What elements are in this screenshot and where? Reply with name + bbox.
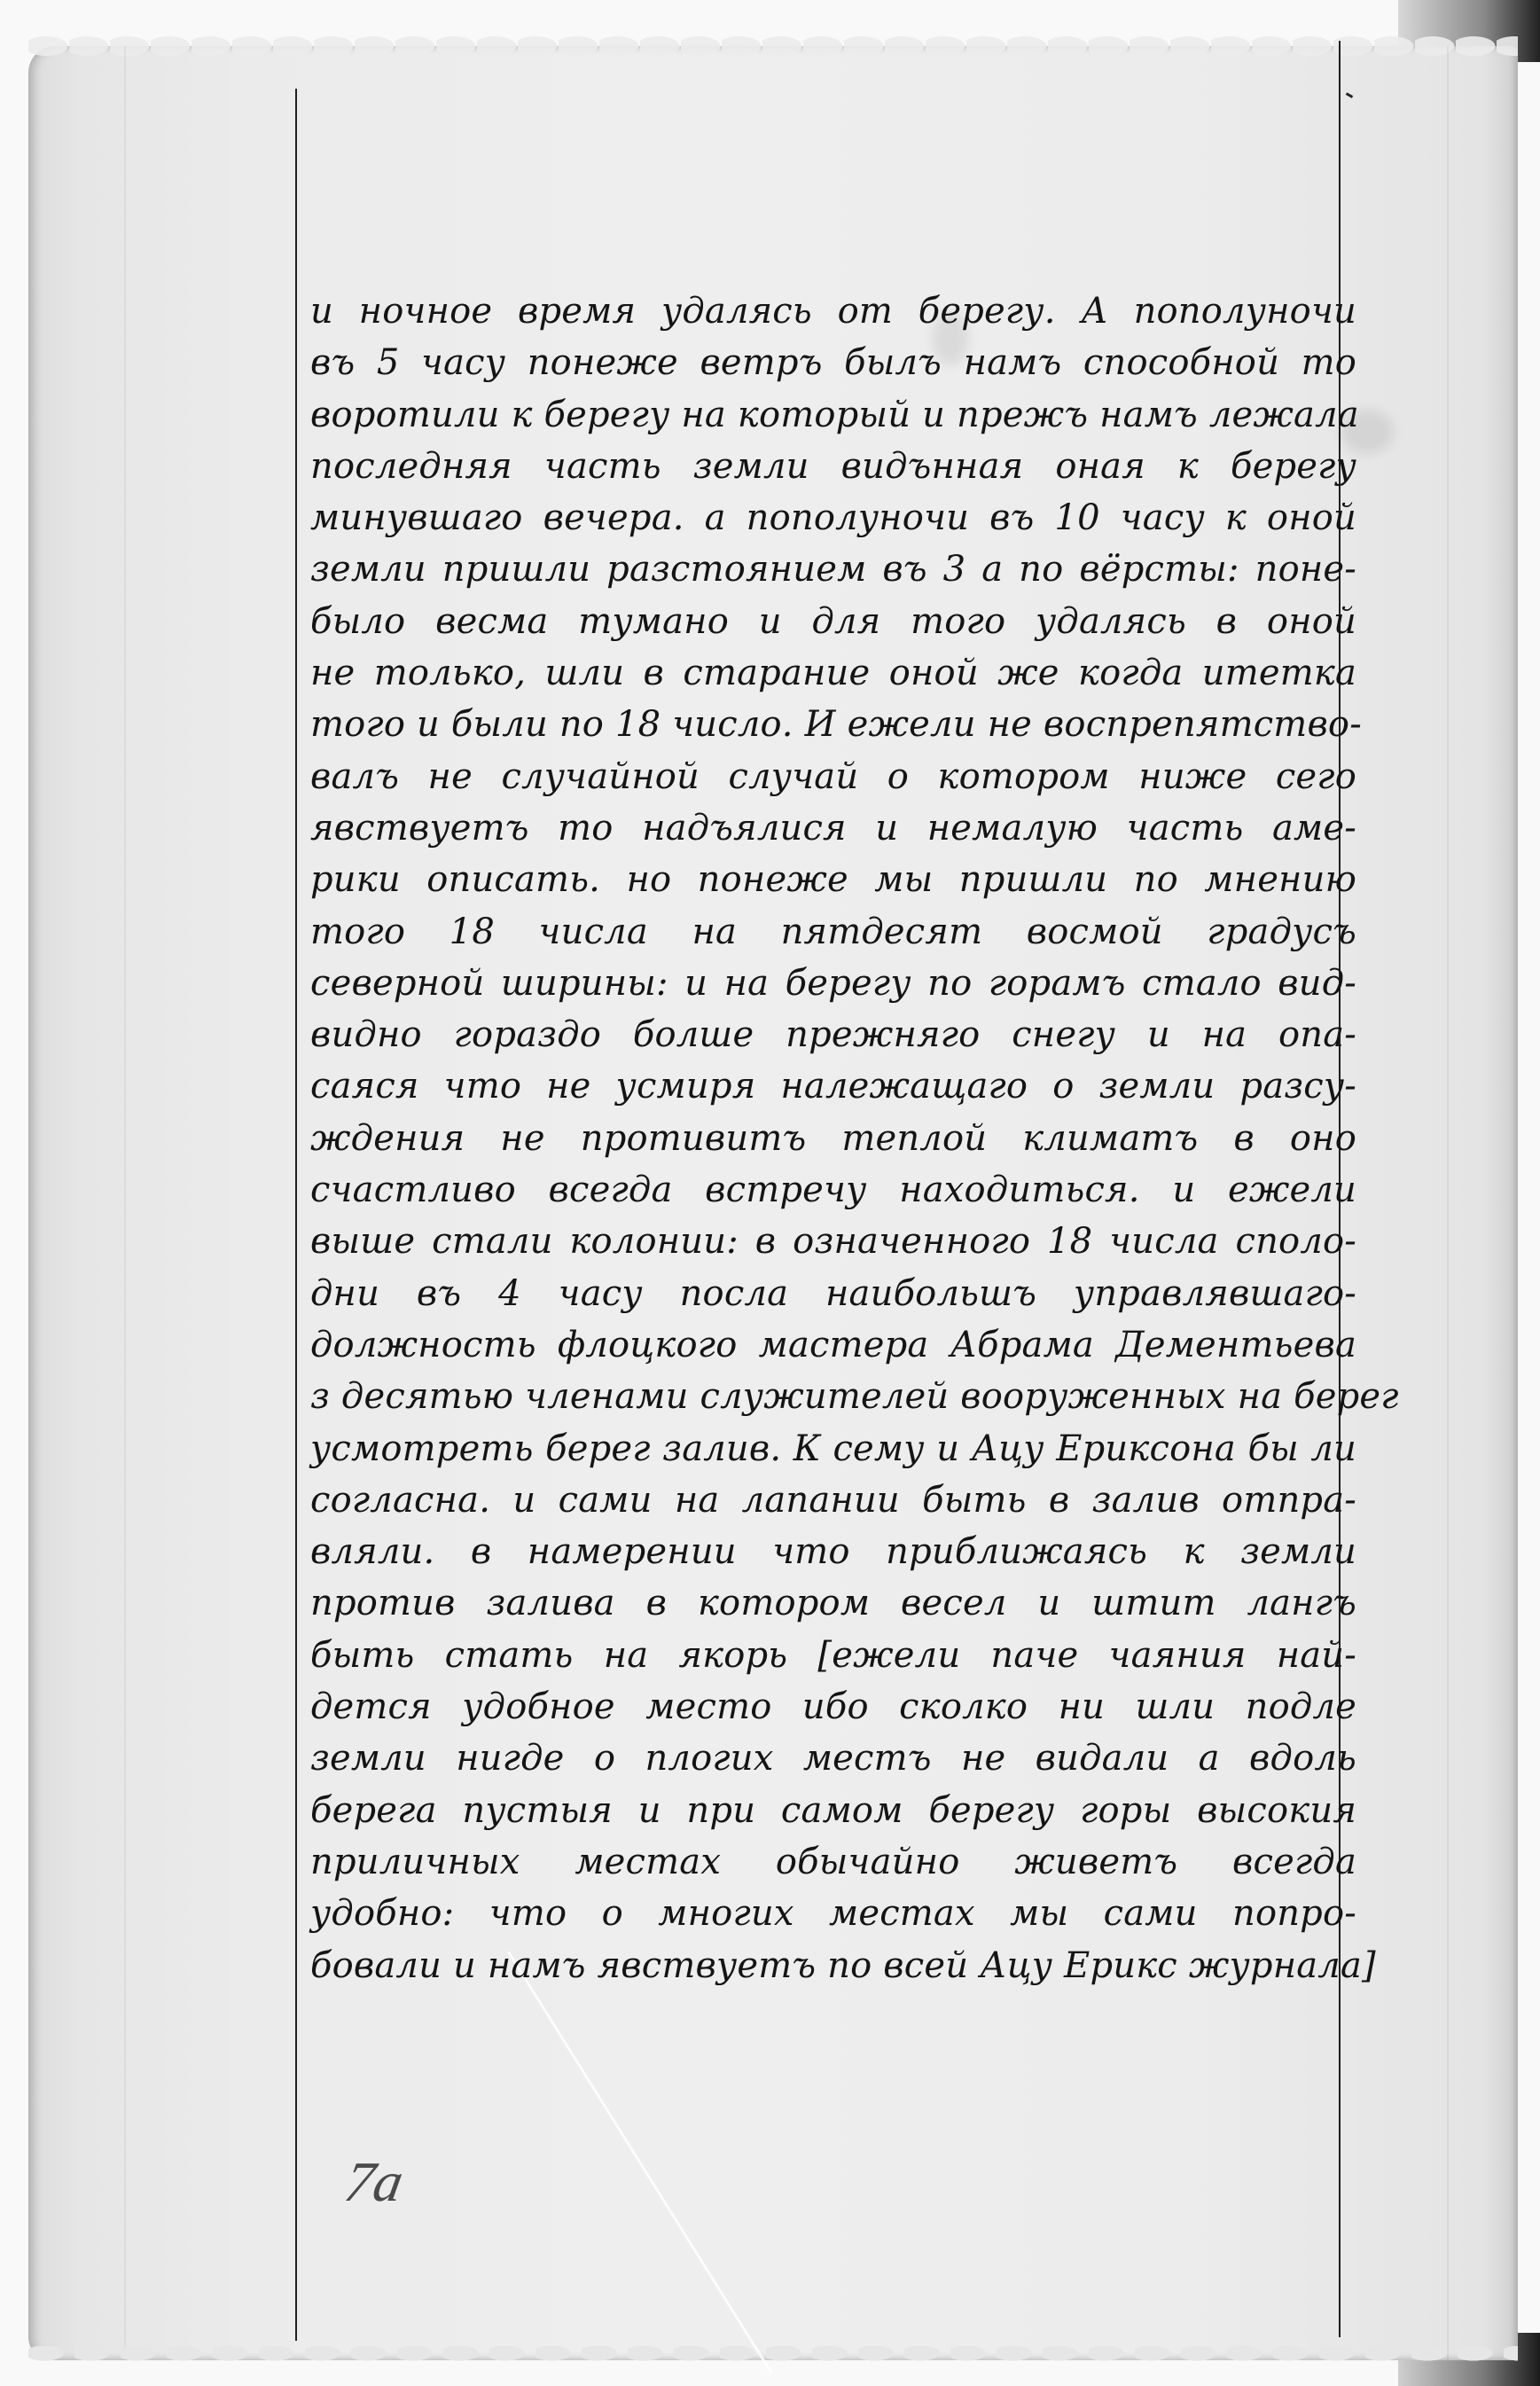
manuscript-text: и ночное время удалясь от берегу. А попо… (310, 286, 1356, 1991)
left-margin-rule (295, 89, 297, 2341)
text-line: счастливо всегда встречу находиться. и е… (310, 1164, 1356, 1216)
text-line: рики описать. но понеже мы пришли по мне… (310, 854, 1356, 905)
text-line: дни въ 4 часу посла наибольшъ управлявша… (310, 1268, 1356, 1319)
text-line: ждения не противитъ теплой климатъ в оно (310, 1113, 1356, 1164)
text-line: минувшаго вечера. а пополуночи въ 10 час… (310, 492, 1356, 544)
text-line: удобно: что о многих местах мы сами попр… (310, 1888, 1356, 1939)
text-line: против залива в котором весел и штит лан… (310, 1577, 1356, 1629)
text-line: явствуетъ то надъялися и немалую часть а… (310, 802, 1356, 854)
text-line: приличных местах обычайно живетъ всегда (310, 1836, 1356, 1888)
text-line: того и были по 18 число. И ежели не восп… (310, 699, 1356, 750)
text-line: не только, шли в старание оной же когда … (310, 647, 1356, 699)
paper-crease (507, 1951, 772, 2373)
manuscript-page: и ночное время удалясь от берегу. А попо… (28, 46, 1518, 2360)
text-line: того 18 числа на пятдесят восмой градусъ (310, 906, 1356, 958)
text-line: з десятью членами служителей вооруженных… (310, 1371, 1356, 1422)
paper-fold-line (124, 46, 126, 2360)
text-line: и ночное время удалясь от берегу. А попо… (310, 286, 1356, 337)
text-line: воротили к берегу на который и прежъ нам… (310, 389, 1356, 441)
text-line: саяся что не усмиря належащаго о земли р… (310, 1060, 1356, 1112)
text-line: бовали и намъ явствуетъ по всей Ацу Ерик… (310, 1940, 1356, 1991)
text-line: согласна. и сами на лапании быть в залив… (310, 1475, 1356, 1526)
text-line: валъ не случайной случай о котором ниже … (310, 751, 1356, 802)
text-line: было весма тумано и для того удалясь в о… (310, 596, 1356, 647)
text-line: вляли. в намерении что приближаясь к зем… (310, 1526, 1356, 1577)
text-line: земли нигде о плогих местъ не видали а в… (310, 1733, 1356, 1784)
folio-number-note: 7а (340, 2149, 408, 2215)
text-line: усмотреть берег залив. К сему и Ацу Ерик… (310, 1423, 1356, 1475)
text-line: въ 5 часу понеже ветръ былъ намъ способн… (310, 337, 1356, 388)
text-line: берега пустыя и при самом берегу горы вы… (310, 1785, 1356, 1836)
text-line: выше стали колонии: в означенного 18 чис… (310, 1216, 1356, 1267)
text-line: видно гораздо болше прежняго снегу и на … (310, 1009, 1356, 1060)
text-line: последняя часть земли видънная оная к бе… (310, 441, 1356, 492)
text-line: земли пришли разстоянием въ 3 а по вёрст… (310, 544, 1356, 595)
text-line: северной ширины: и на берегу по горамъ с… (310, 958, 1356, 1009)
paper-fold-line (1447, 46, 1449, 2360)
text-line: быть стать на якорь [ежели паче чаяния н… (310, 1630, 1356, 1681)
text-line: дется удобное место ибо сколко ни шли по… (310, 1681, 1356, 1733)
text-line: должность флоцкого мастера Абрама Демент… (310, 1319, 1356, 1371)
ink-mark (1346, 92, 1353, 98)
